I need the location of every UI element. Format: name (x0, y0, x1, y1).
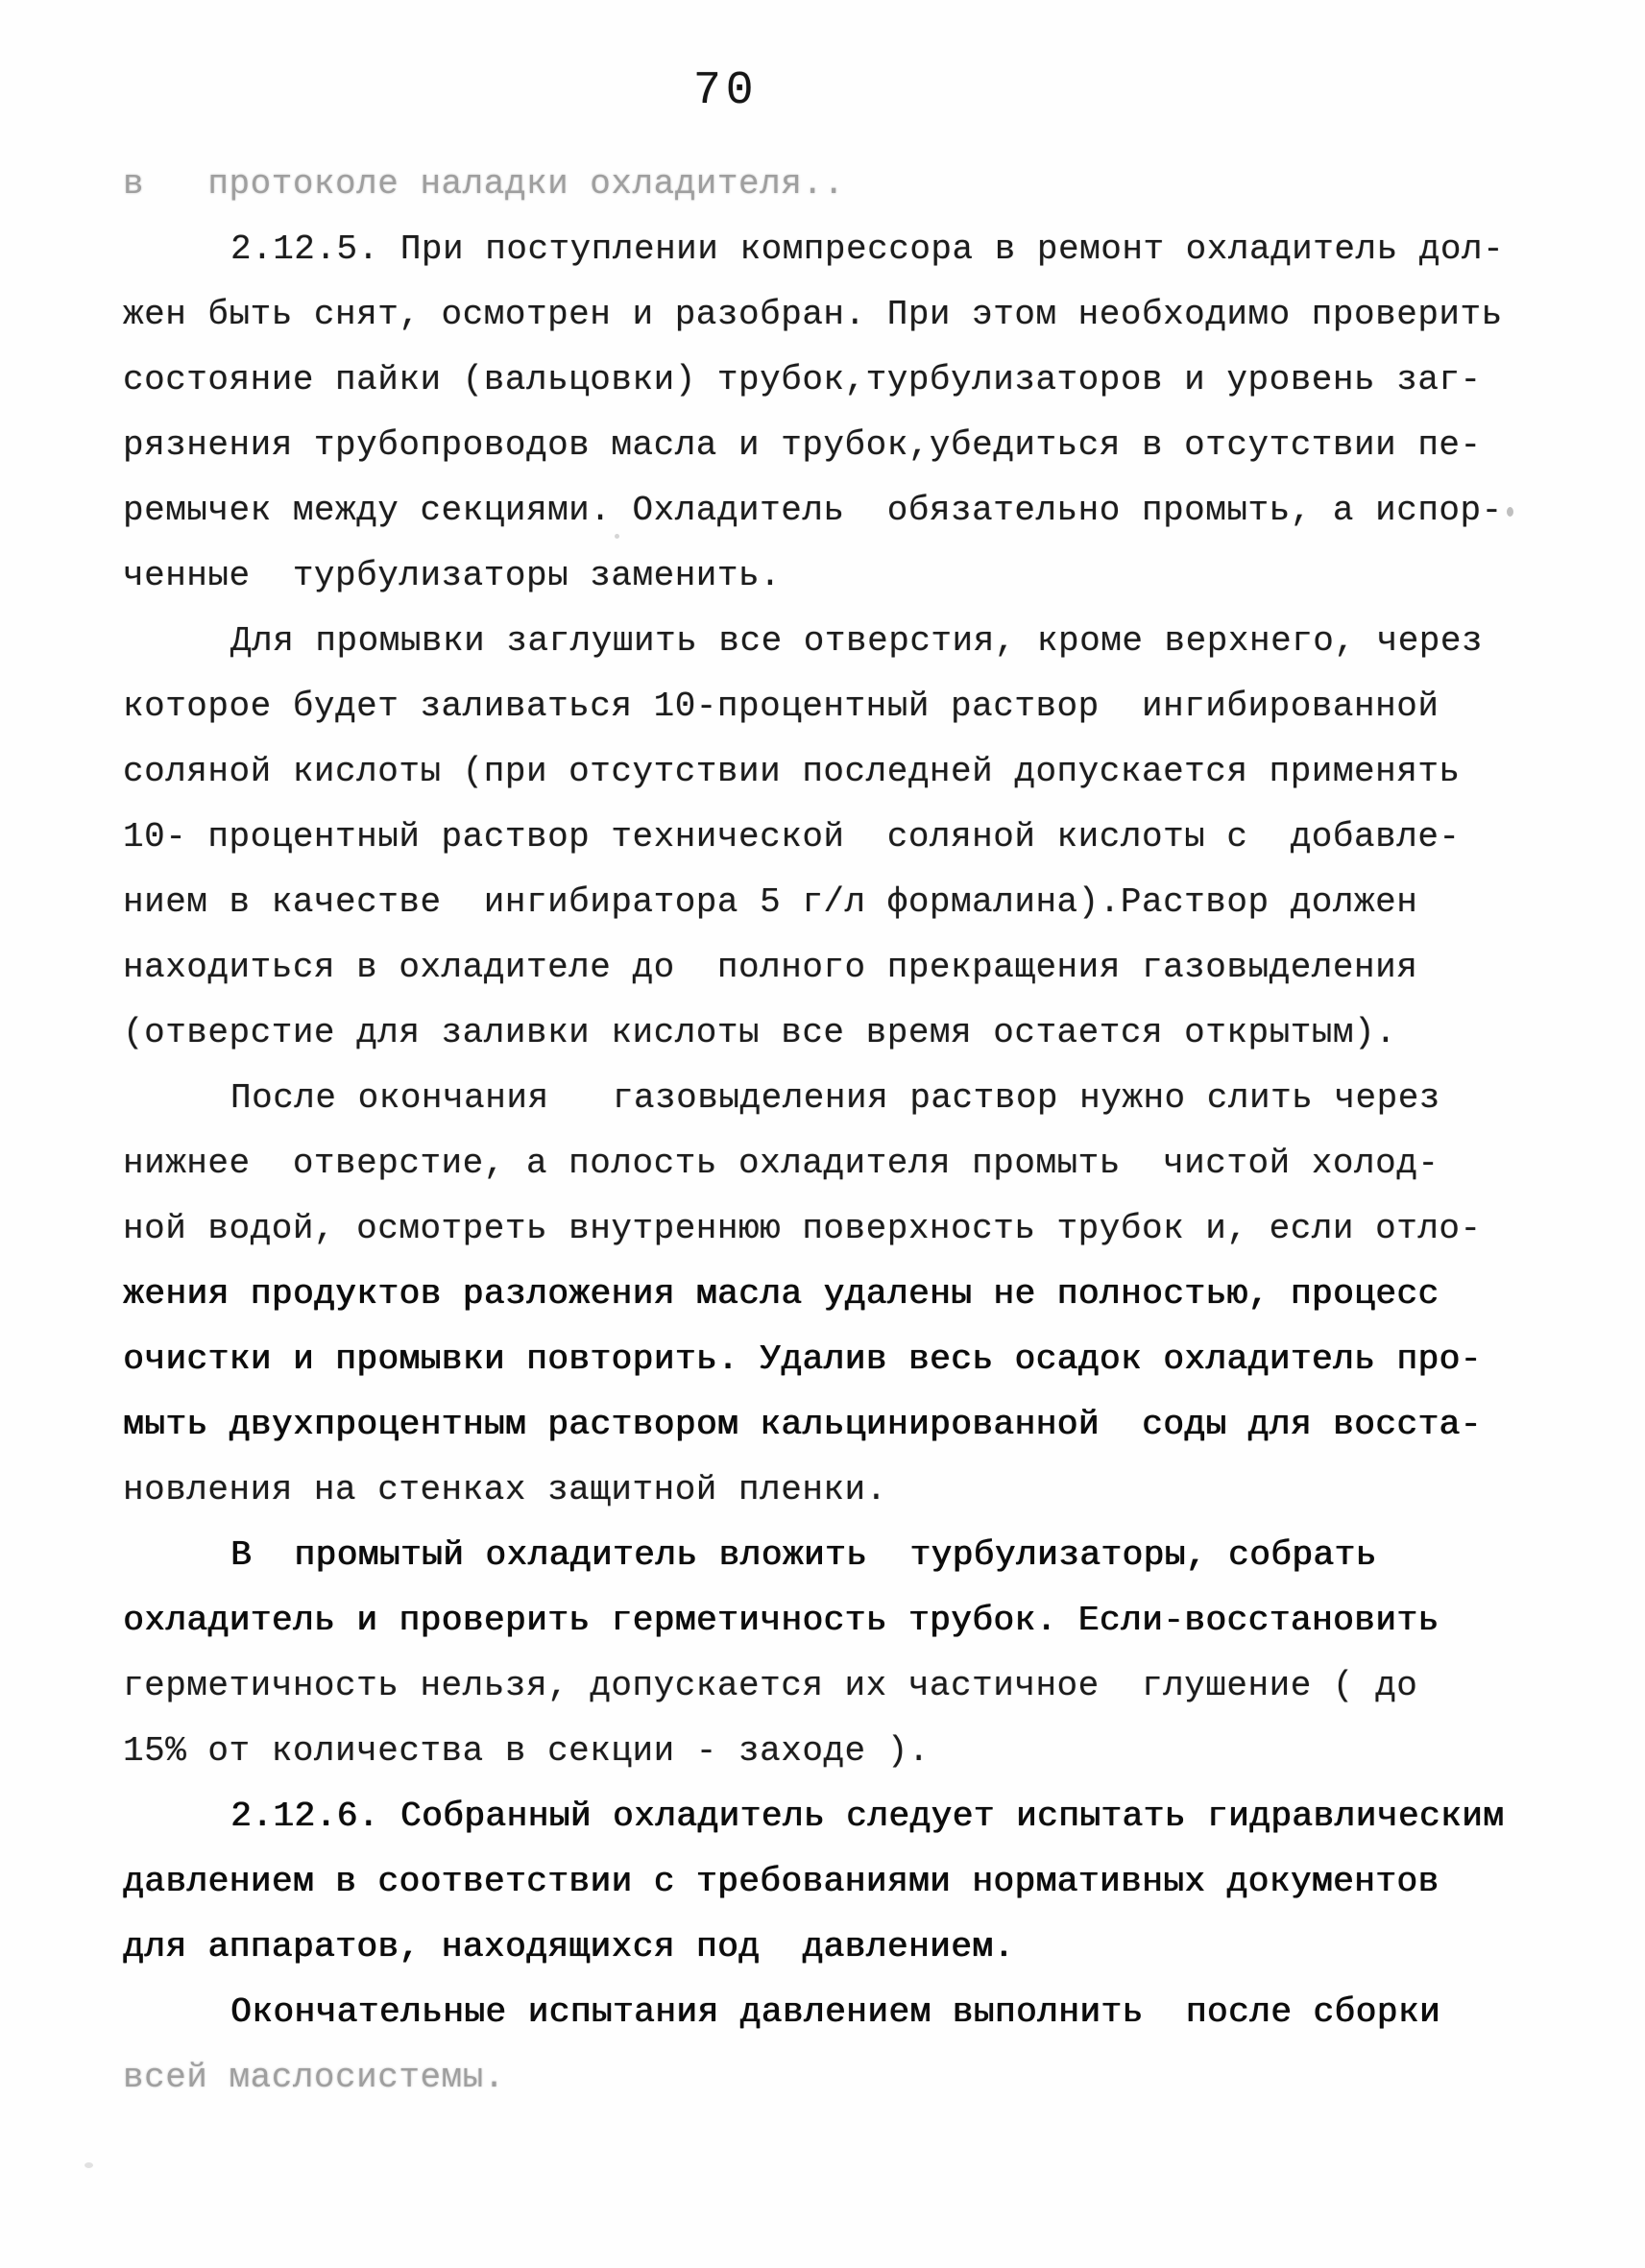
text-line: охладитель и проверить герметичность тру… (123, 1588, 1602, 1653)
text-line: нижнее отверстие, а полость охладителя п… (123, 1131, 1602, 1196)
text-line: ченные турбулизаторы заменить. (123, 543, 1602, 609)
page-number: 70 (693, 65, 759, 117)
text-line: которое будет заливаться 10-процентный р… (123, 674, 1602, 739)
text-line: мыть двухпроцентным раствором кальциниро… (123, 1392, 1602, 1458)
scan-speck (615, 534, 619, 539)
scan-speck (1507, 507, 1513, 517)
text-line: новления на стенках защитной пленки. (123, 1458, 1602, 1523)
text-line: 15% от количества в секции - заходе ). (123, 1719, 1602, 1784)
text-line: 2.12.6. Собранный охладитель следует исп… (123, 1784, 1602, 1849)
text-line: (отверстие для заливки кислоты все время… (123, 1001, 1602, 1066)
text-line: всей маслосистемы. (123, 2045, 1602, 2111)
text-line: жения продуктов разложения масла удалены… (123, 1262, 1602, 1327)
text-line: в протоколе наладки охладителя.. (123, 152, 1602, 217)
document-text-block: в протоколе наладки охладителя..2.12.5. … (123, 152, 1602, 2111)
text-line: ремычек между секциями. Охладитель обяза… (123, 478, 1602, 543)
text-line: Для промывки заглушить все отверстия, кр… (123, 609, 1602, 674)
text-line: состояние пайки (вальцовки) трубок,турбу… (123, 348, 1602, 413)
text-line: рязнения трубопроводов масла и трубок,уб… (123, 413, 1602, 478)
text-line: В промытый охладитель вложить турбулизат… (123, 1523, 1602, 1588)
text-line: 10- процентный раствор технической солян… (123, 805, 1602, 870)
scan-speck (85, 2162, 93, 2168)
text-line: для аппаратов, находящихся под давлением… (123, 1915, 1602, 1980)
text-line: давлением в соответствии с требованиями … (123, 1849, 1602, 1915)
text-line: соляной кислоты (при отсутствии последне… (123, 739, 1602, 805)
text-line: жен быть снят, осмотрен и разобран. При … (123, 282, 1602, 348)
text-line: очистки и промывки повторить. Удалив вес… (123, 1327, 1602, 1392)
text-line: 2.12.5. При поступлении компрессора в ре… (123, 217, 1602, 282)
text-line: Окончательные испытания давлением выполн… (123, 1980, 1602, 2045)
text-line: После окончания газовыделения раствор ну… (123, 1066, 1602, 1131)
text-line: герметичность нельзя, допускается их час… (123, 1653, 1602, 1719)
text-line: ной водой, осмотреть внутреннюю поверхно… (123, 1196, 1602, 1262)
text-line: нием в качестве ингибиратора 5 г/л форма… (123, 870, 1602, 935)
text-line: находиться в охладителе до полного прекр… (123, 935, 1602, 1001)
scanned-document-page: 70 в протоколе наладки охладителя..2.12.… (0, 0, 1645, 2268)
